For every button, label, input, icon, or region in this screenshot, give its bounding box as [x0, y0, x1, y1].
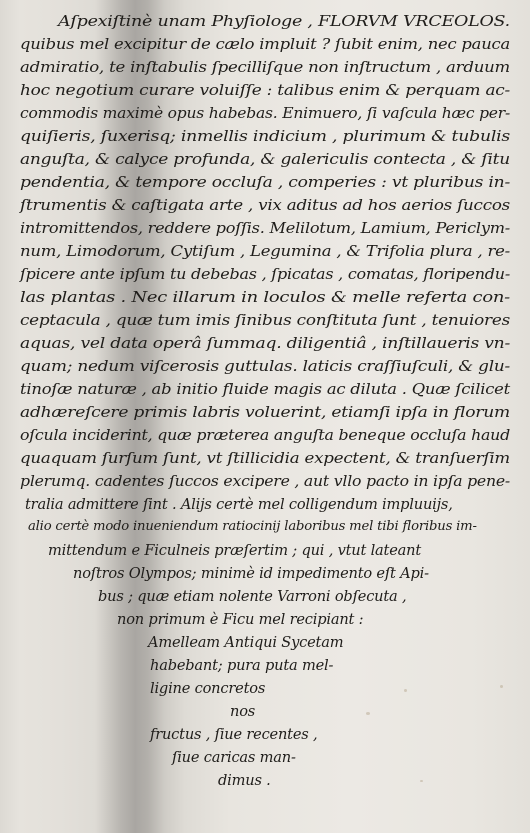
- paper-foxing-spot: [404, 689, 407, 692]
- text-line: ceptacula , quæ tum imis ſinibus conſtit…: [20, 312, 510, 329]
- text-line: noſtros Olympos; minimè id impedimento e…: [73, 565, 429, 582]
- text-line: dimus .: [218, 772, 271, 789]
- text-line: quiſieris, ſuxerisq; inmellis indicium ,…: [20, 128, 510, 145]
- text-line: tinoſæ naturæ , ab initio fluide magis a…: [20, 381, 510, 398]
- text-line: ſpicere ante ipſum tu debebas , ſpicatas…: [20, 266, 510, 283]
- text-line: Aſpexiſtinè unam Phyſiologe , FLORVM VRC…: [58, 13, 510, 30]
- text-line: pendentia, & tempore occluſa , comperies…: [20, 174, 510, 191]
- text-line: num, Limodorum, Cytiſum , Legumina , & T…: [20, 243, 510, 260]
- text-line: habebant; pura puta mel-: [150, 657, 333, 674]
- text-line: non primum è Ficu mel recipiant :: [117, 611, 363, 628]
- text-line: mittendum e Ficulneis præſertim ; qui , …: [48, 542, 421, 559]
- text-line: Amelleam Antiqui Sycetam: [148, 634, 343, 651]
- text-line: oſcula inciderint, quæ præterea anguſta …: [20, 427, 510, 444]
- text-line: ſiue caricas man-: [172, 749, 296, 766]
- paper-foxing-spot: [500, 685, 503, 688]
- text-line: ligine concretos: [150, 680, 265, 697]
- text-line: anguſta, & calyce profunda, & galericuli…: [20, 151, 510, 168]
- text-line: hoc negotium curare voluiſſe : talibus e…: [20, 82, 510, 99]
- text-line: quaquam ſurſum ſunt, vt ſtillicidia expe…: [20, 450, 510, 467]
- text-line: fructus , ſiue recentes ,: [150, 726, 317, 743]
- text-line: intromittendos, reddere poſſis. Melilotu…: [20, 220, 510, 237]
- text-line: las plantas . Nec illarum in loculos & m…: [20, 289, 510, 306]
- text-line: commodis maximè opus habebas. Enimuero, …: [20, 105, 510, 122]
- text-line: admiratio, te inſtabulis ſpecilliſque no…: [20, 59, 510, 76]
- text-line: plerumq. cadentes ſuccos excipere , aut …: [20, 473, 510, 490]
- text-line: adhæreſcere primis labris voluerint, eti…: [20, 404, 510, 421]
- text-line: quam; nedum viſcerosis guttulas. laticis…: [20, 358, 510, 375]
- paper-foxing-spot: [366, 712, 370, 715]
- text-line: alio certè modo inueniendum ratiocinij l…: [28, 519, 477, 534]
- text-line: bus ; quæ etiam nolente Varroni obſecuta…: [98, 588, 406, 605]
- text-line: quibus mel excipitur de cælo impluit ? ſ…: [20, 36, 510, 53]
- text-line: nos: [230, 703, 255, 720]
- paper-foxing-spot: [420, 780, 423, 782]
- text-line: tralia admittere ſint . Alijs certè mel …: [25, 496, 453, 513]
- text-line: aquas, vel data operâ ſummaq. diligentiâ…: [20, 335, 510, 352]
- text-line: ſtrumentis & caſtigata arte , vix aditus…: [20, 197, 510, 214]
